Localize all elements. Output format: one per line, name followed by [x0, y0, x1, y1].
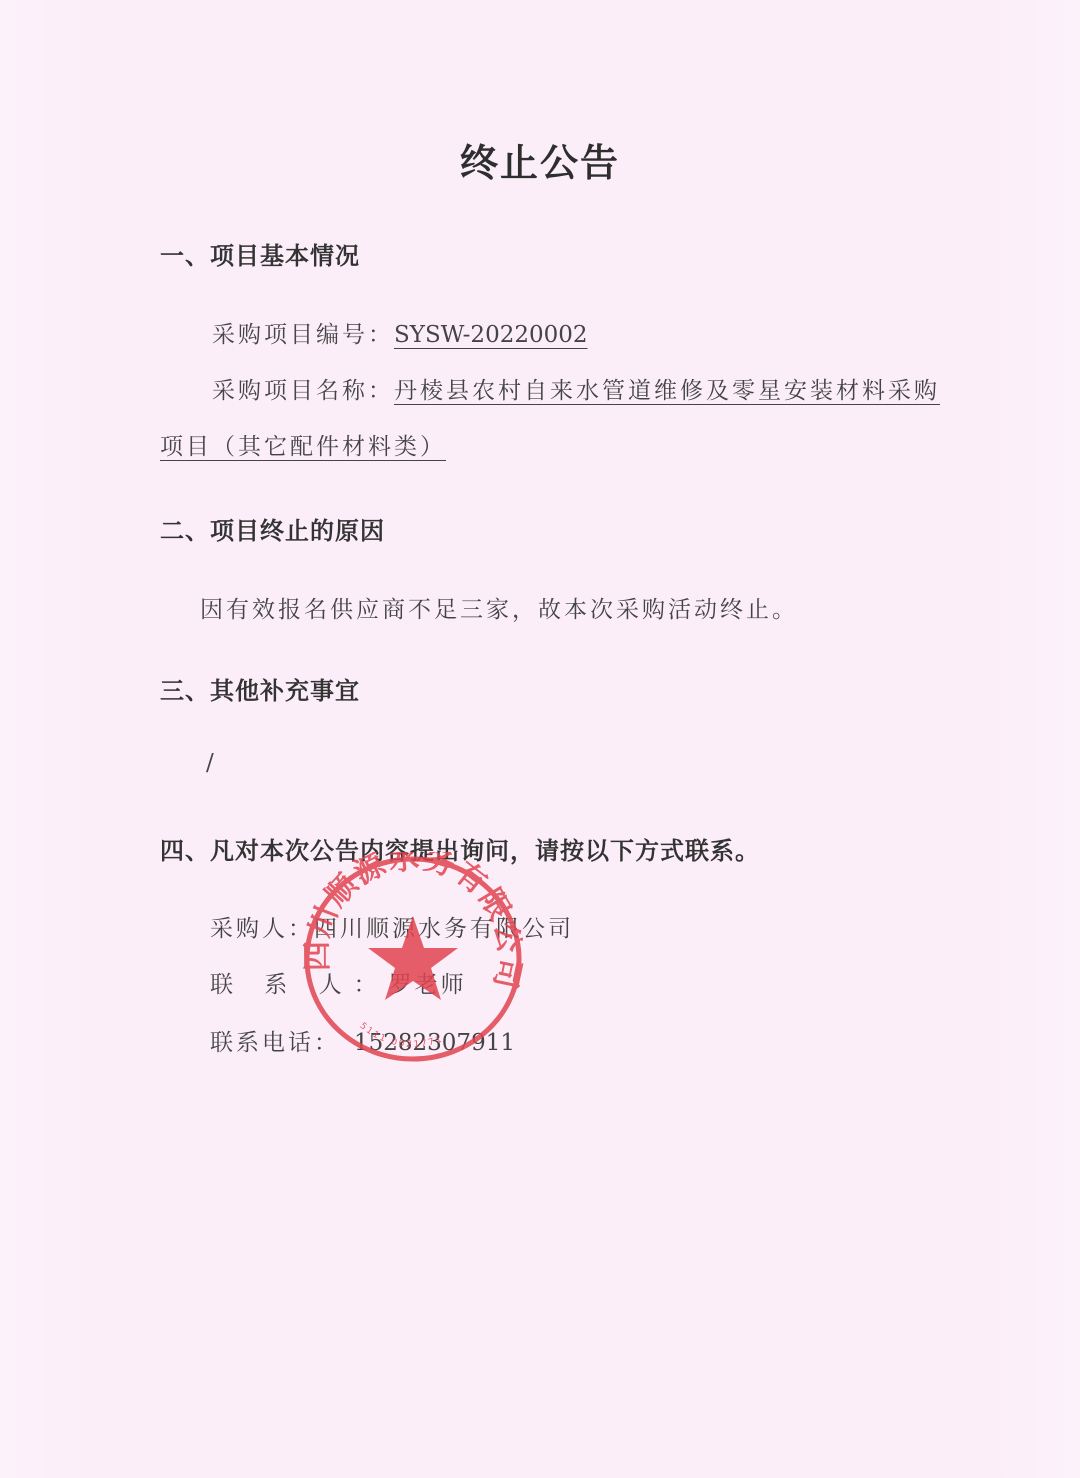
contact-phone-value: 15282307911	[354, 1030, 515, 1056]
contact-person-row: 联 系 人：罗老师	[210, 966, 467, 999]
project-name-row: 采购项目名称：丹棱县农村自来水管道维修及零星安装材料采购	[212, 372, 940, 405]
project-number-value: SYSW-20220002	[394, 322, 588, 348]
project-number-label: 采购项目编号：	[212, 322, 394, 348]
project-name-value-line2: 项目（其它配件材料类）	[160, 434, 446, 460]
project-name-label: 采购项目名称：	[212, 378, 394, 404]
project-name-row-cont: 项目（其它配件材料类）	[160, 428, 446, 461]
purchaser-label: 采购人：	[210, 916, 314, 942]
document-page: 终止公告 一、项目基本情况 采购项目编号：SYSW-20220002 采购项目名…	[0, 0, 1080, 1478]
section-heading-termination-reason: 二、项目终止的原因	[160, 511, 385, 546]
contact-purchaser-row: 采购人：四川顺源水务有限公司	[210, 910, 574, 943]
contact-person-value: 罗老师	[389, 972, 467, 998]
purchaser-value: 四川顺源水务有限公司	[314, 916, 574, 942]
contact-person-label: 联 系 人：	[210, 972, 389, 998]
project-name-value-line1: 丹棱县农村自来水管道维修及零星安装材料采购	[394, 378, 940, 404]
contact-phone-row: 联系电话：15282307911	[210, 1024, 515, 1057]
document-title: 终止公告	[0, 132, 1080, 187]
section-heading-basic-info: 一、项目基本情况	[160, 236, 360, 271]
project-number-row: 采购项目编号：SYSW-20220002	[212, 316, 588, 349]
section-heading-other-matters: 三、其他补充事宜	[160, 671, 360, 706]
contact-phone-label: 联系电话：	[210, 1030, 340, 1056]
section-heading-contact: 四、凡对本次公告内容提出询问，请按以下方式联系。	[160, 831, 760, 866]
other-matters-text: /	[206, 750, 217, 776]
termination-reason-text: 因有效报名供应商不足三家，故本次采购活动终止。	[200, 591, 798, 624]
